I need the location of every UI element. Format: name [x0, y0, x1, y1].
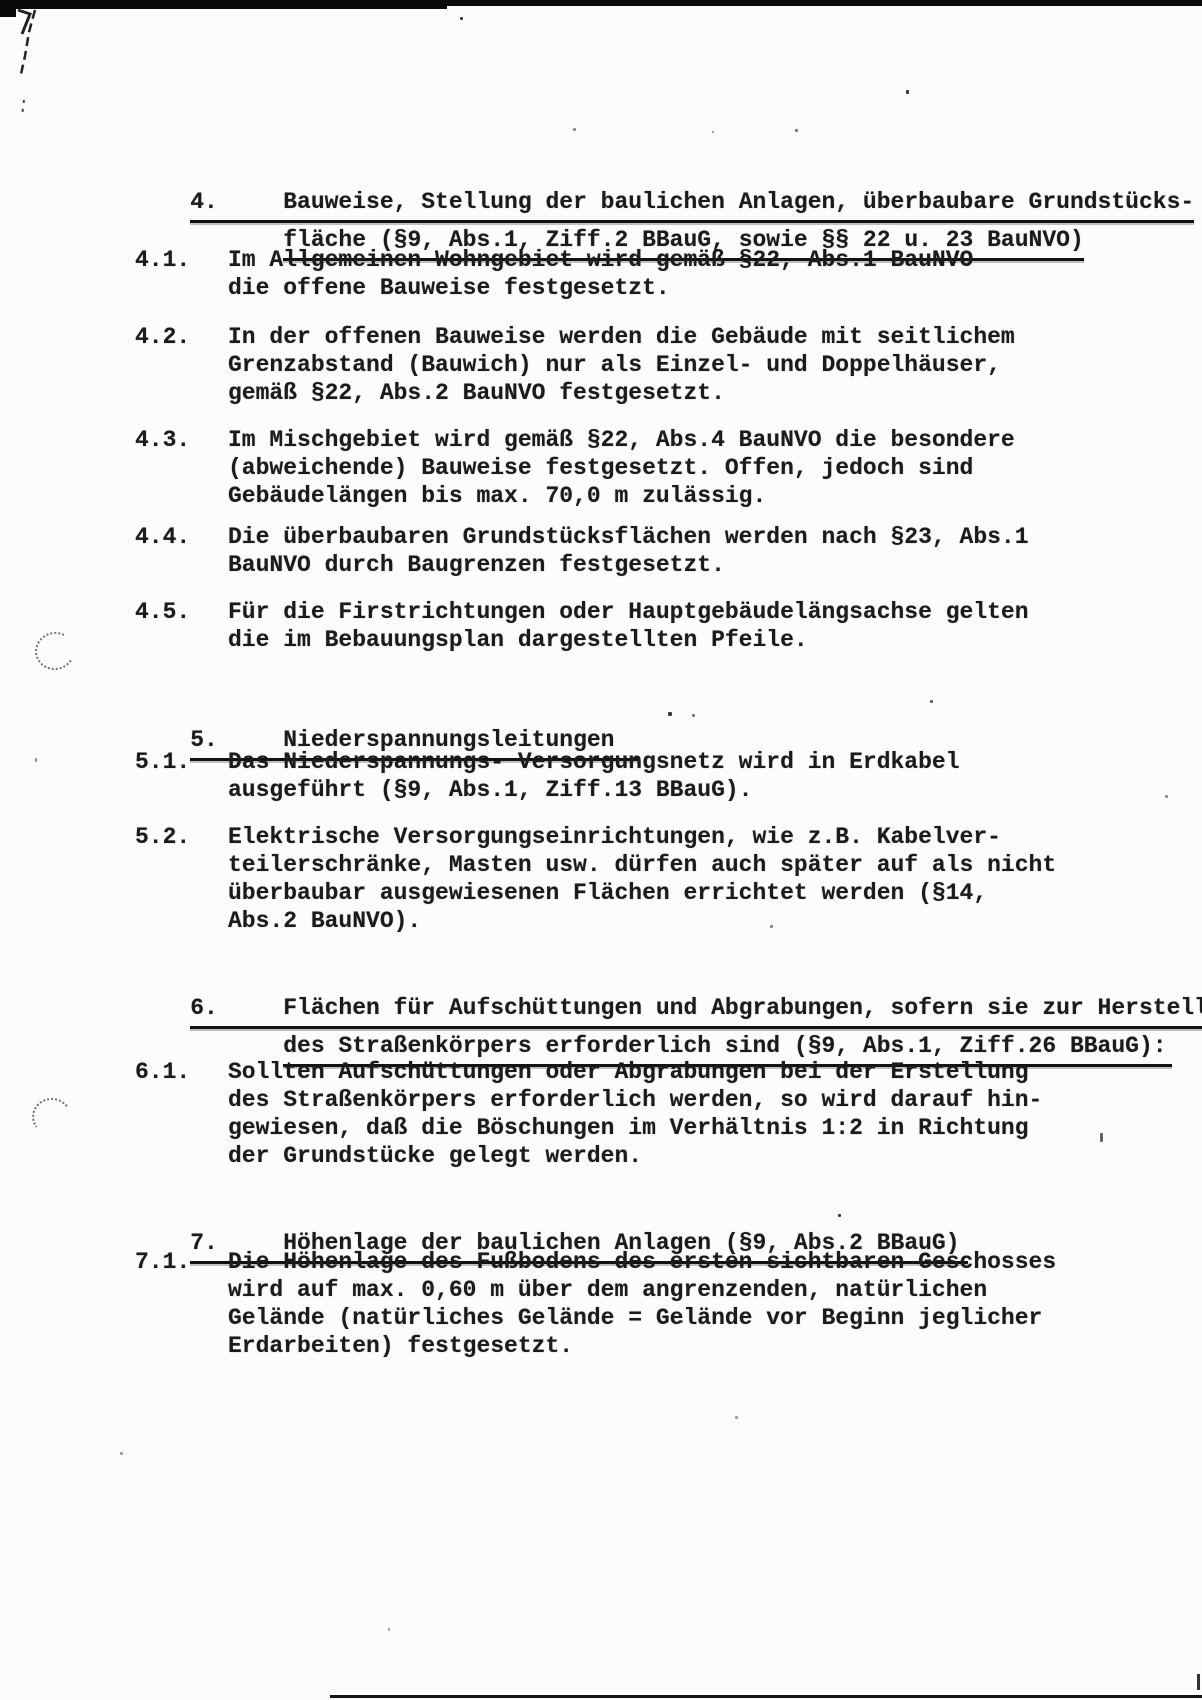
- clause-number: 5.1.: [135, 748, 190, 776]
- noise-speck: [573, 128, 576, 131]
- punch-hole-mark: [31, 627, 79, 674]
- clause-number: 4.4.: [135, 523, 190, 551]
- noise-speck: [120, 1452, 123, 1455]
- noise-speck: [668, 712, 672, 716]
- handwritten-mark: [8, 4, 54, 154]
- clause-text: Im Allgemeinen Wohngebiet wird gemäß §22…: [228, 246, 1202, 302]
- clause-text: Im Mischgebiet wird gemäß §22, Abs.4 Bau…: [228, 426, 1202, 510]
- clause-text: Das Niederspannungs- Versorgungsnetz wir…: [228, 748, 1202, 804]
- clause-number: 4.5.: [135, 598, 190, 626]
- clause-number: 6.1.: [135, 1058, 190, 1086]
- scan-edge-artifact: [0, 0, 447, 9]
- clause-number: 4.3.: [135, 426, 190, 454]
- noise-speck: [712, 131, 714, 133]
- scan-edge-artifact: [330, 1695, 1202, 1698]
- clause-text: Elektrische Versorgungseinrichtungen, wi…: [228, 823, 1202, 935]
- clause-number: 5.2.: [135, 823, 190, 851]
- scan-edge-artifact: [1197, 1674, 1200, 1690]
- clause-text: In der offenen Bauweise werden die Gebäu…: [228, 323, 1202, 407]
- clause-text: Die überbaubaren Grundstücksflächen werd…: [228, 523, 1202, 579]
- punch-hole-mark: [29, 1095, 75, 1139]
- noise-speck: [460, 17, 463, 20]
- noise-speck: [930, 700, 933, 703]
- clause-number: 4.2.: [135, 323, 190, 351]
- clause-number: 7.1.: [135, 1248, 190, 1276]
- clause-number: 4.1.: [135, 246, 190, 274]
- noise-speck: [692, 714, 695, 717]
- clause-text: Die Höhenlage des Fußbodens des ersten s…: [228, 1248, 1202, 1360]
- noise-speck: [35, 758, 37, 762]
- noise-speck: [388, 1628, 390, 1631]
- clause-text: Für die Firstrichtungen oder Hauptgebäud…: [228, 598, 1202, 654]
- noise-speck: [906, 90, 909, 94]
- noise-speck: [735, 1416, 738, 1419]
- scanned-document-page: 4.Bauweise, Stellung der baulichen Anlag…: [0, 0, 1202, 1700]
- noise-speck: [795, 129, 798, 132]
- clause-text: Sollten Aufschüttungen oder Abgrabungen …: [228, 1058, 1202, 1170]
